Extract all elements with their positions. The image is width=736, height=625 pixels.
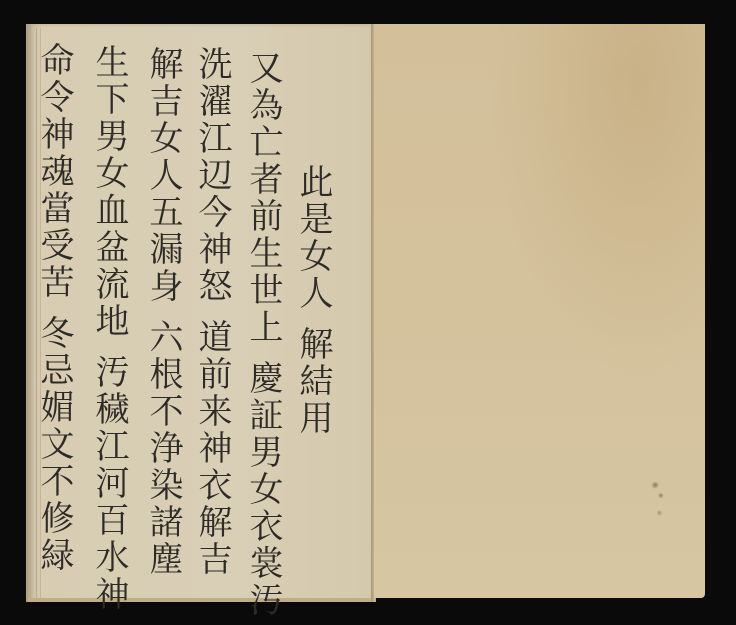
text-column-6: 命令神魂當受苦冬忌媚文不修緑 <box>37 42 71 574</box>
text-column-2: 又為亡者前生世上慶証男女衣裳汚 <box>246 50 280 619</box>
column-5-upper: 生下男女血盆流地 <box>89 44 129 340</box>
column-3-lower: 道前来神衣解吉 <box>192 319 232 578</box>
column-3-upper: 洗濯江辺今神怒 <box>192 46 232 305</box>
open-book: 此是女人解結用 又為亡者前生世上慶証男女衣裳汚 洗濯江辺今神怒道前来神衣解吉 解… <box>0 0 736 625</box>
column-4-upper: 解吉女人五漏身 <box>143 46 183 305</box>
column-4-lower: 六根不浄染諸塵 <box>143 319 183 578</box>
column-1-upper: 此是女人 <box>293 164 333 312</box>
paper-stain <box>644 464 672 534</box>
column-2-upper: 又為亡者前生世上 <box>243 50 283 346</box>
column-5-lower: 汚穢江河百水神 <box>89 354 129 613</box>
column-1-lower: 解結用 <box>293 326 333 437</box>
column-2-lower: 慶証男女衣裳汚 <box>243 360 283 619</box>
text-column-1: 此是女人解結用 <box>296 164 330 437</box>
right-page-blank <box>374 24 705 598</box>
text-column-3: 洗濯江辺今神怒道前来神衣解吉 <box>195 46 229 578</box>
page-bottom-edge <box>28 598 376 602</box>
text-column-5: 生下男女血盆流地汚穢江河百水神 <box>92 44 126 613</box>
column-6-lower: 冬忌媚文不修緑 <box>34 315 74 574</box>
column-6-upper: 命令神魂當受苦 <box>34 42 74 301</box>
text-column-4: 解吉女人五漏身六根不浄染諸塵 <box>146 46 180 578</box>
